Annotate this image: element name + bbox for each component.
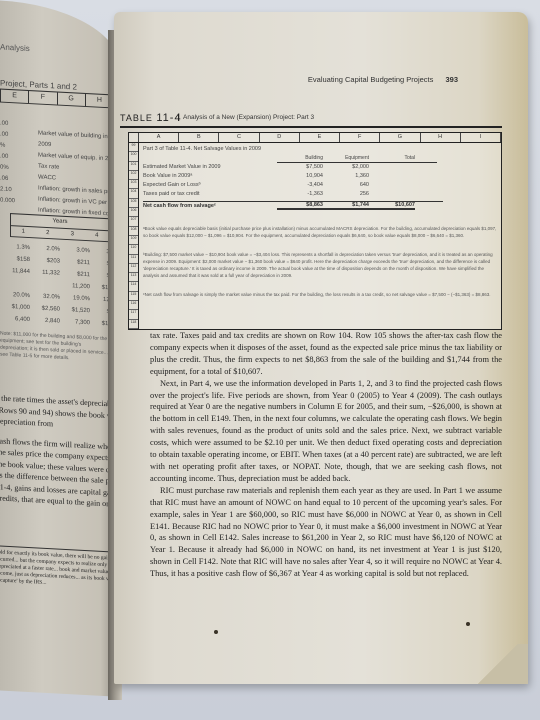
row-number: 111 xyxy=(129,255,138,264)
left-column-header: E F G H xyxy=(0,89,115,109)
cell-building: $7,500 xyxy=(277,164,323,170)
left-running-head: Analysis xyxy=(0,43,30,54)
input-value: .00 xyxy=(0,152,15,164)
column-letter: D xyxy=(260,133,300,142)
column-letter: G xyxy=(380,133,420,142)
column-letter: F xyxy=(340,133,380,142)
paragraph: tax rate. Taxes paid and tax credits are… xyxy=(150,330,502,378)
row-number: 101 xyxy=(129,162,138,171)
left-table-note: Note: $11,000 for the building and $8,00… xyxy=(0,331,110,365)
cell-total: $10,607 xyxy=(369,202,415,210)
table-row: Expected Gain or Lossᵇ -3,404 640 xyxy=(143,180,443,189)
ink-speck xyxy=(214,630,218,634)
row-number: 112 xyxy=(129,264,138,273)
left-input-values: .00 .00 % .00 0% .06 2.10 0.000 xyxy=(0,119,15,208)
right-page: Evaluating Capital Budgeting Projects 39… xyxy=(114,12,528,684)
year-number: 4 xyxy=(85,230,110,242)
row-number: 113 xyxy=(129,273,138,282)
row-number: 103 xyxy=(129,180,138,189)
column-letter: E xyxy=(300,133,340,142)
row-number: 105 xyxy=(129,199,138,208)
row-number: 106 xyxy=(129,208,138,217)
paragraph: RIC must purchase raw materials and repl… xyxy=(150,485,502,580)
row-number: 104 xyxy=(129,189,138,198)
paragraph: s the rate times the asset's depreciable… xyxy=(0,392,120,440)
year-number: 3 xyxy=(60,229,85,241)
part-title: Part 3 of Table 11-4. Net Salvage Values… xyxy=(143,145,497,153)
cell-building: -1,363 xyxy=(277,191,323,197)
cell-equipment: 256 xyxy=(323,191,369,197)
row-label: Expected Gain or Lossᵇ xyxy=(143,182,277,188)
table-row: Taxes paid or tax credit -1,363 256 xyxy=(143,189,443,198)
running-head: Evaluating Capital Budgeting Projects 39… xyxy=(308,75,458,84)
row-numbers: 99 100 101 102 103 104 105 106 107 108 1… xyxy=(129,143,139,329)
header-total: Total xyxy=(369,154,415,162)
column-letter: A xyxy=(139,133,179,142)
paragraph: Next, in Part 4, we use the information … xyxy=(150,378,502,485)
cell-equipment: 1,360 xyxy=(323,173,369,179)
years-header: Years 1 2 3 4 xyxy=(10,213,110,242)
row-number: 107 xyxy=(129,217,138,226)
page-number: 393 xyxy=(445,75,458,84)
row-number: 100 xyxy=(129,152,138,161)
salvage-rows: Estimated Market Value in 2009 $7,500 $2… xyxy=(143,162,443,210)
table-caption: Analysis of a New (Expansion) Project: P… xyxy=(178,114,314,121)
column-letter: C xyxy=(219,133,259,142)
input-value: % xyxy=(0,141,15,153)
column-letter: B xyxy=(179,133,219,142)
column-letters: A B C D E F G H I xyxy=(129,133,501,143)
cell-building: -3,404 xyxy=(277,182,323,188)
row-number: 117 xyxy=(129,310,138,319)
column-letter: H xyxy=(421,133,461,142)
cell-building: $8,863 xyxy=(277,202,323,210)
row-number: 115 xyxy=(129,292,138,301)
spreadsheet-table: A B C D E F G H I 99 100 101 102 103 104… xyxy=(128,132,502,330)
table-title: TABLE 11-4 Analysis of a New (Expansion)… xyxy=(120,112,502,128)
table-row-total: Net cash flow from salvageᶜ $8,863 $1,74… xyxy=(143,201,443,210)
row-number: 108 xyxy=(129,227,138,236)
table-row: Estimated Market Value in 2009 $7,500 $2… xyxy=(143,162,443,171)
body-text: tax rate. Taxes paid and tax credits are… xyxy=(150,330,502,580)
paragraph: cash flows the firm will realize when it… xyxy=(0,435,120,518)
left-body-text: s the rate times the asset's depreciable… xyxy=(0,392,116,518)
table-label-word: TABLE xyxy=(120,113,153,123)
row-label: Book Value in 2009ᵃ xyxy=(143,173,277,179)
year-number: 1 xyxy=(11,226,36,238)
header-equipment: Equipment xyxy=(323,154,369,162)
input-value: 2.10 xyxy=(0,185,15,197)
row-number: 102 xyxy=(129,171,138,180)
input-value: .00 xyxy=(0,119,15,131)
column-letter: F xyxy=(29,91,57,104)
table-notes: ᵃBook value equals depreciable basis (in… xyxy=(143,225,499,310)
row-label: Net cash flow from salvageᶜ xyxy=(143,203,277,209)
input-value: .00 xyxy=(0,130,15,142)
running-head-title: Evaluating Capital Budgeting Projects xyxy=(308,75,434,84)
row-number: 109 xyxy=(129,236,138,245)
cell-equipment: $2,000 xyxy=(323,164,369,170)
input-value: 0.000 xyxy=(0,196,15,208)
left-page: Analysis Project, Parts 1 and 2 E F G H … xyxy=(0,0,120,697)
input-value: .06 xyxy=(0,174,15,186)
table-label: TABLE 11-4 xyxy=(120,112,182,124)
header-building: Building xyxy=(277,154,323,162)
year-number: 2 xyxy=(36,227,61,239)
cell-equipment: 640 xyxy=(323,182,369,188)
ink-speck xyxy=(466,622,470,626)
row-number: 110 xyxy=(129,245,138,254)
table-note: ᶜNet cash flow from salvage is simply th… xyxy=(143,291,499,298)
cell-building: 10,904 xyxy=(277,173,323,179)
input-value: 0% xyxy=(0,163,15,175)
row-label: Taxes paid or tax credit xyxy=(143,191,277,197)
column-letter: G xyxy=(58,93,86,106)
column-letter: I xyxy=(461,133,501,142)
row-number: 118 xyxy=(129,320,138,329)
cell-equipment: $1,744 xyxy=(323,202,369,210)
corner-cell xyxy=(129,133,139,142)
page-curl xyxy=(468,644,528,684)
row-number: 99 xyxy=(129,143,138,152)
table-note: ᵇBuilding: $7,500 market value − $10,904… xyxy=(143,251,499,279)
sheet-body: Part 3 of Table 11-4. Net Salvage Values… xyxy=(143,145,497,153)
row-number: 114 xyxy=(129,282,138,291)
row-number: 116 xyxy=(129,301,138,310)
row-label: Estimated Market Value in 2009 xyxy=(143,164,277,170)
table-note: ᵃBook value equals depreciable basis (in… xyxy=(143,225,499,239)
column-letter: E xyxy=(1,90,29,103)
left-footnote: sold for exactly its book value, there w… xyxy=(0,545,120,598)
table-row: Book Value in 2009ᵃ 10,904 1,360 xyxy=(143,171,443,180)
left-data-grid: 1.3%2.0%3.0%3.0% $158$203$211$213 11,844… xyxy=(8,241,120,331)
